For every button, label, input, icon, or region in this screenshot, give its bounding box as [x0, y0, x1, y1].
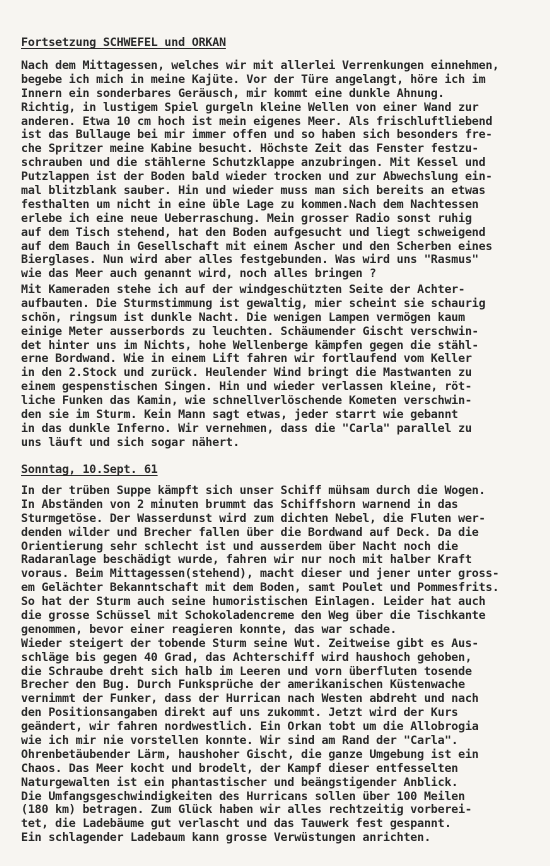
text-line: Putzlappen ist der Boden bald wieder tro…: [21, 170, 541, 184]
text-line: voraus. Beim Mittagessen(stehend), macht…: [21, 567, 541, 581]
text-line: Ein schlagender Ladebaum kann grosse Ver…: [21, 831, 541, 845]
text-line: wie ich mir nie vorstellen konnte. Wir s…: [21, 734, 541, 748]
text-line: So hat der Sturm auch seine humoristisch…: [21, 595, 541, 609]
text-line: em Gelächter Bekanntschaft mit dem Boden…: [21, 581, 541, 595]
paragraph-1: Nach dem Mittagessen, welches wir mit al…: [21, 59, 541, 281]
text-line: erlebe ich eine neue Ueberraschung. Mein…: [21, 212, 541, 226]
text-line: schön, ringsum ist dunkle Nacht. Die wen…: [21, 311, 541, 325]
text-line: Wieder steigert der tobende Sturm seine …: [21, 637, 541, 651]
text-line: die Schraube dreht sich halb im Leeren u…: [21, 665, 541, 679]
text-line: begebe ich mich in meine Kajüte. Vor der…: [21, 73, 541, 87]
text-line: den Positionsangaben direkt auf uns zuko…: [21, 706, 541, 720]
text-line: anderen. Etwa 10 cm hoch ist mein eigene…: [21, 115, 541, 129]
document-title: Fortsetzung SCHWEFEL und ORKAN: [21, 35, 226, 49]
text-line: auf dem Tisch stehend, hat den Boden auf…: [21, 226, 541, 240]
text-line: Brecher den Bug. Durch Funksprüche der a…: [21, 678, 541, 692]
text-line: Orientierung sehr schlecht ist und ausse…: [21, 540, 541, 554]
text-line: erne Bordwand. Wie in einem Lift fahren …: [21, 352, 541, 366]
text-line: denden wilder und Brecher fallen über di…: [21, 526, 541, 540]
text-line: Nach dem Mittagessen, welches wir mit al…: [21, 59, 541, 73]
text-line: Bierglases. Nun wird aber alles festgebu…: [21, 253, 541, 267]
text-line: vernimmt der Funker, dass der Hurrican n…: [21, 692, 541, 706]
text-line: liche Funken das Kamin, wie schnellverlö…: [21, 394, 541, 408]
text-line: geändert, wir fahren nordwestlich. Ein O…: [21, 720, 541, 734]
text-line: in den 2.Stock und zurück. Heulender Win…: [21, 366, 541, 380]
text-line: auf dem Bauch in Gesellschaft mit einem …: [21, 240, 541, 254]
text-line: aufbauten. Die Sturmstimmung ist gewalti…: [21, 297, 541, 311]
text-line: Naturgewalten ist ein phantastischer und…: [21, 776, 541, 790]
text-line: Richtig, in lustigem Spiel gurgeln klein…: [21, 101, 541, 115]
text-line: Innern ein sonderbares Geräusch, mir kom…: [21, 87, 541, 101]
text-line: festhalten um nicht in eine üble Lage zu…: [21, 198, 541, 212]
text-line: tet, die Ladebäume gut verlascht und das…: [21, 817, 541, 831]
text-line: Die Umfangsgeschwindigkeiten des Hurrica…: [21, 790, 541, 804]
text-line: In der trüben Suppe kämpft sich unser Sc…: [21, 484, 541, 498]
text-line: wie das Meer auch genannt wird, noch all…: [21, 267, 541, 281]
text-line: schrauben und die stählerne Schutzklappe…: [21, 156, 541, 170]
text-line: det hinter uns im Nichts, hohe Wellenber…: [21, 339, 541, 353]
text-line: che Spritzer meine Kabine besucht. Höchs…: [21, 142, 541, 156]
text-line: einige Meter ausserbords zu leuchten. Sc…: [21, 325, 541, 339]
text-line: schläge bis gegen 40 Grad, das Achtersch…: [21, 651, 541, 665]
typed-page: Fortsetzung SCHWEFEL und ORKAN Nach dem …: [0, 0, 550, 866]
text-line: Sturmgetöse. Der Wasserdunst wird zum di…: [21, 512, 541, 526]
text-line: In Abständen von 2 minuten brummt das Sc…: [21, 498, 541, 512]
text-line: mal blitzblank sauber. Hin und wieder mu…: [21, 184, 541, 198]
paragraph-2: Mit Kameraden stehe ich auf der windgesc…: [21, 283, 541, 450]
text-line: ist das Bullauge bei mir immer offen und…: [21, 128, 541, 142]
text-line: einem gespenstischen Singen. Hin und wie…: [21, 380, 541, 394]
text-line: die grosse Schüssel mit Schokoladencreme…: [21, 609, 541, 623]
text-line: den sie im Sturm. Kein Mann sagt etwas, …: [21, 408, 541, 422]
text-line: Mit Kameraden stehe ich auf der windgesc…: [21, 283, 541, 297]
section-heading-date: Sonntag, 10.Sept. 61: [21, 462, 158, 476]
text-line: Chaos. Das Meer kocht und brodelt, der K…: [21, 762, 541, 776]
text-line: Ohrenbetäubender Lärm, haushoher Gischt,…: [21, 748, 541, 762]
text-line: genommen, bevor einer reagieren konnte, …: [21, 623, 541, 637]
paragraph-3: In der trüben Suppe kämpft sich unser Sc…: [21, 484, 541, 845]
text-line: Radaranlage beschädigt wurde, fahren wir…: [21, 553, 541, 567]
text-line: in das dunkle Inferno. Wir vernehmen, da…: [21, 422, 541, 436]
text-line: uns läuft und sich sogar nähert.: [21, 436, 541, 450]
text-line: (180 km) betragen. Zum Glück haben wir a…: [21, 803, 541, 817]
